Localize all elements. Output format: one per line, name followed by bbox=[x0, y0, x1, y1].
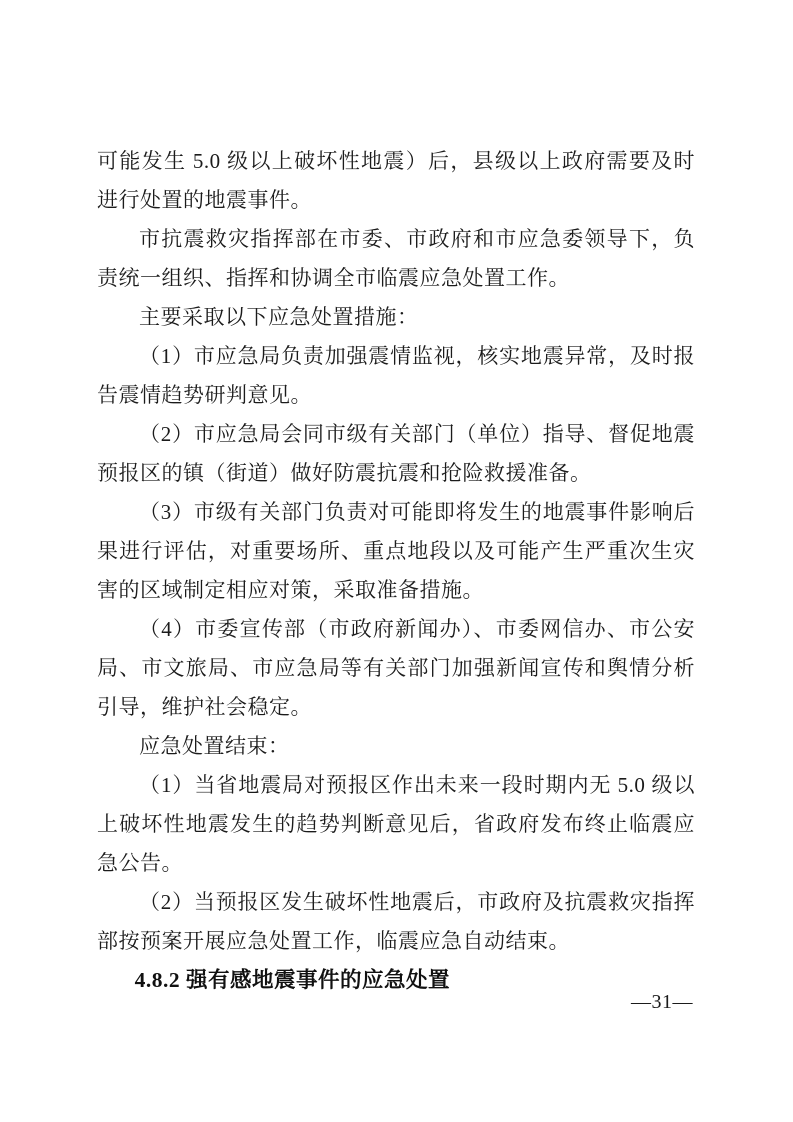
paragraph: （2）市应急局会同市级有关部门（单位）指导、督促地震预报区的镇（街道）做好防震抗… bbox=[97, 415, 695, 493]
paragraph: （1）当省地震局对预报区作出未来一段时期内无 5.0 级以上破坏性地震发生的趋势… bbox=[97, 766, 695, 883]
paragraph: （2）当预报区发生破坏性地震后，市政府及抗震救灾指挥部按预案开展应急处置工作，临… bbox=[97, 883, 695, 961]
document-body: 可能发生 5.0 级以上破坏性地震）后，县级以上政府需要及时进行处置的地震事件。… bbox=[97, 142, 695, 1000]
paragraph: 市抗震救灾指挥部在市委、市政府和市应急委领导下，负责统一组织、指挥和协调全市临震… bbox=[97, 220, 695, 298]
page-number: —31— bbox=[631, 991, 693, 1013]
paragraph: （1）市应急局负责加强震情监视，核实地震异常，及时报告震情趋势研判意见。 bbox=[97, 337, 695, 415]
document-page: 可能发生 5.0 级以上破坏性地震）后，县级以上政府需要及时进行处置的地震事件。… bbox=[0, 0, 793, 1122]
paragraph: 主要采取以下应急处置措施： bbox=[97, 298, 695, 337]
paragraph: （3）市级有关部门负责对可能即将发生的地震事件影响后果进行评估，对重要场所、重点… bbox=[97, 493, 695, 610]
paragraph: （4）市委宣传部（市政府新闻办）、市委网信办、市公安局、市文旅局、市应急局等有关… bbox=[97, 610, 695, 727]
paragraph: 可能发生 5.0 级以上破坏性地震）后，县级以上政府需要及时进行处置的地震事件。 bbox=[97, 142, 695, 220]
section-heading: 4.8.2 强有感地震事件的应急处置 bbox=[97, 961, 695, 1000]
paragraph: 应急处置结束： bbox=[97, 727, 695, 766]
